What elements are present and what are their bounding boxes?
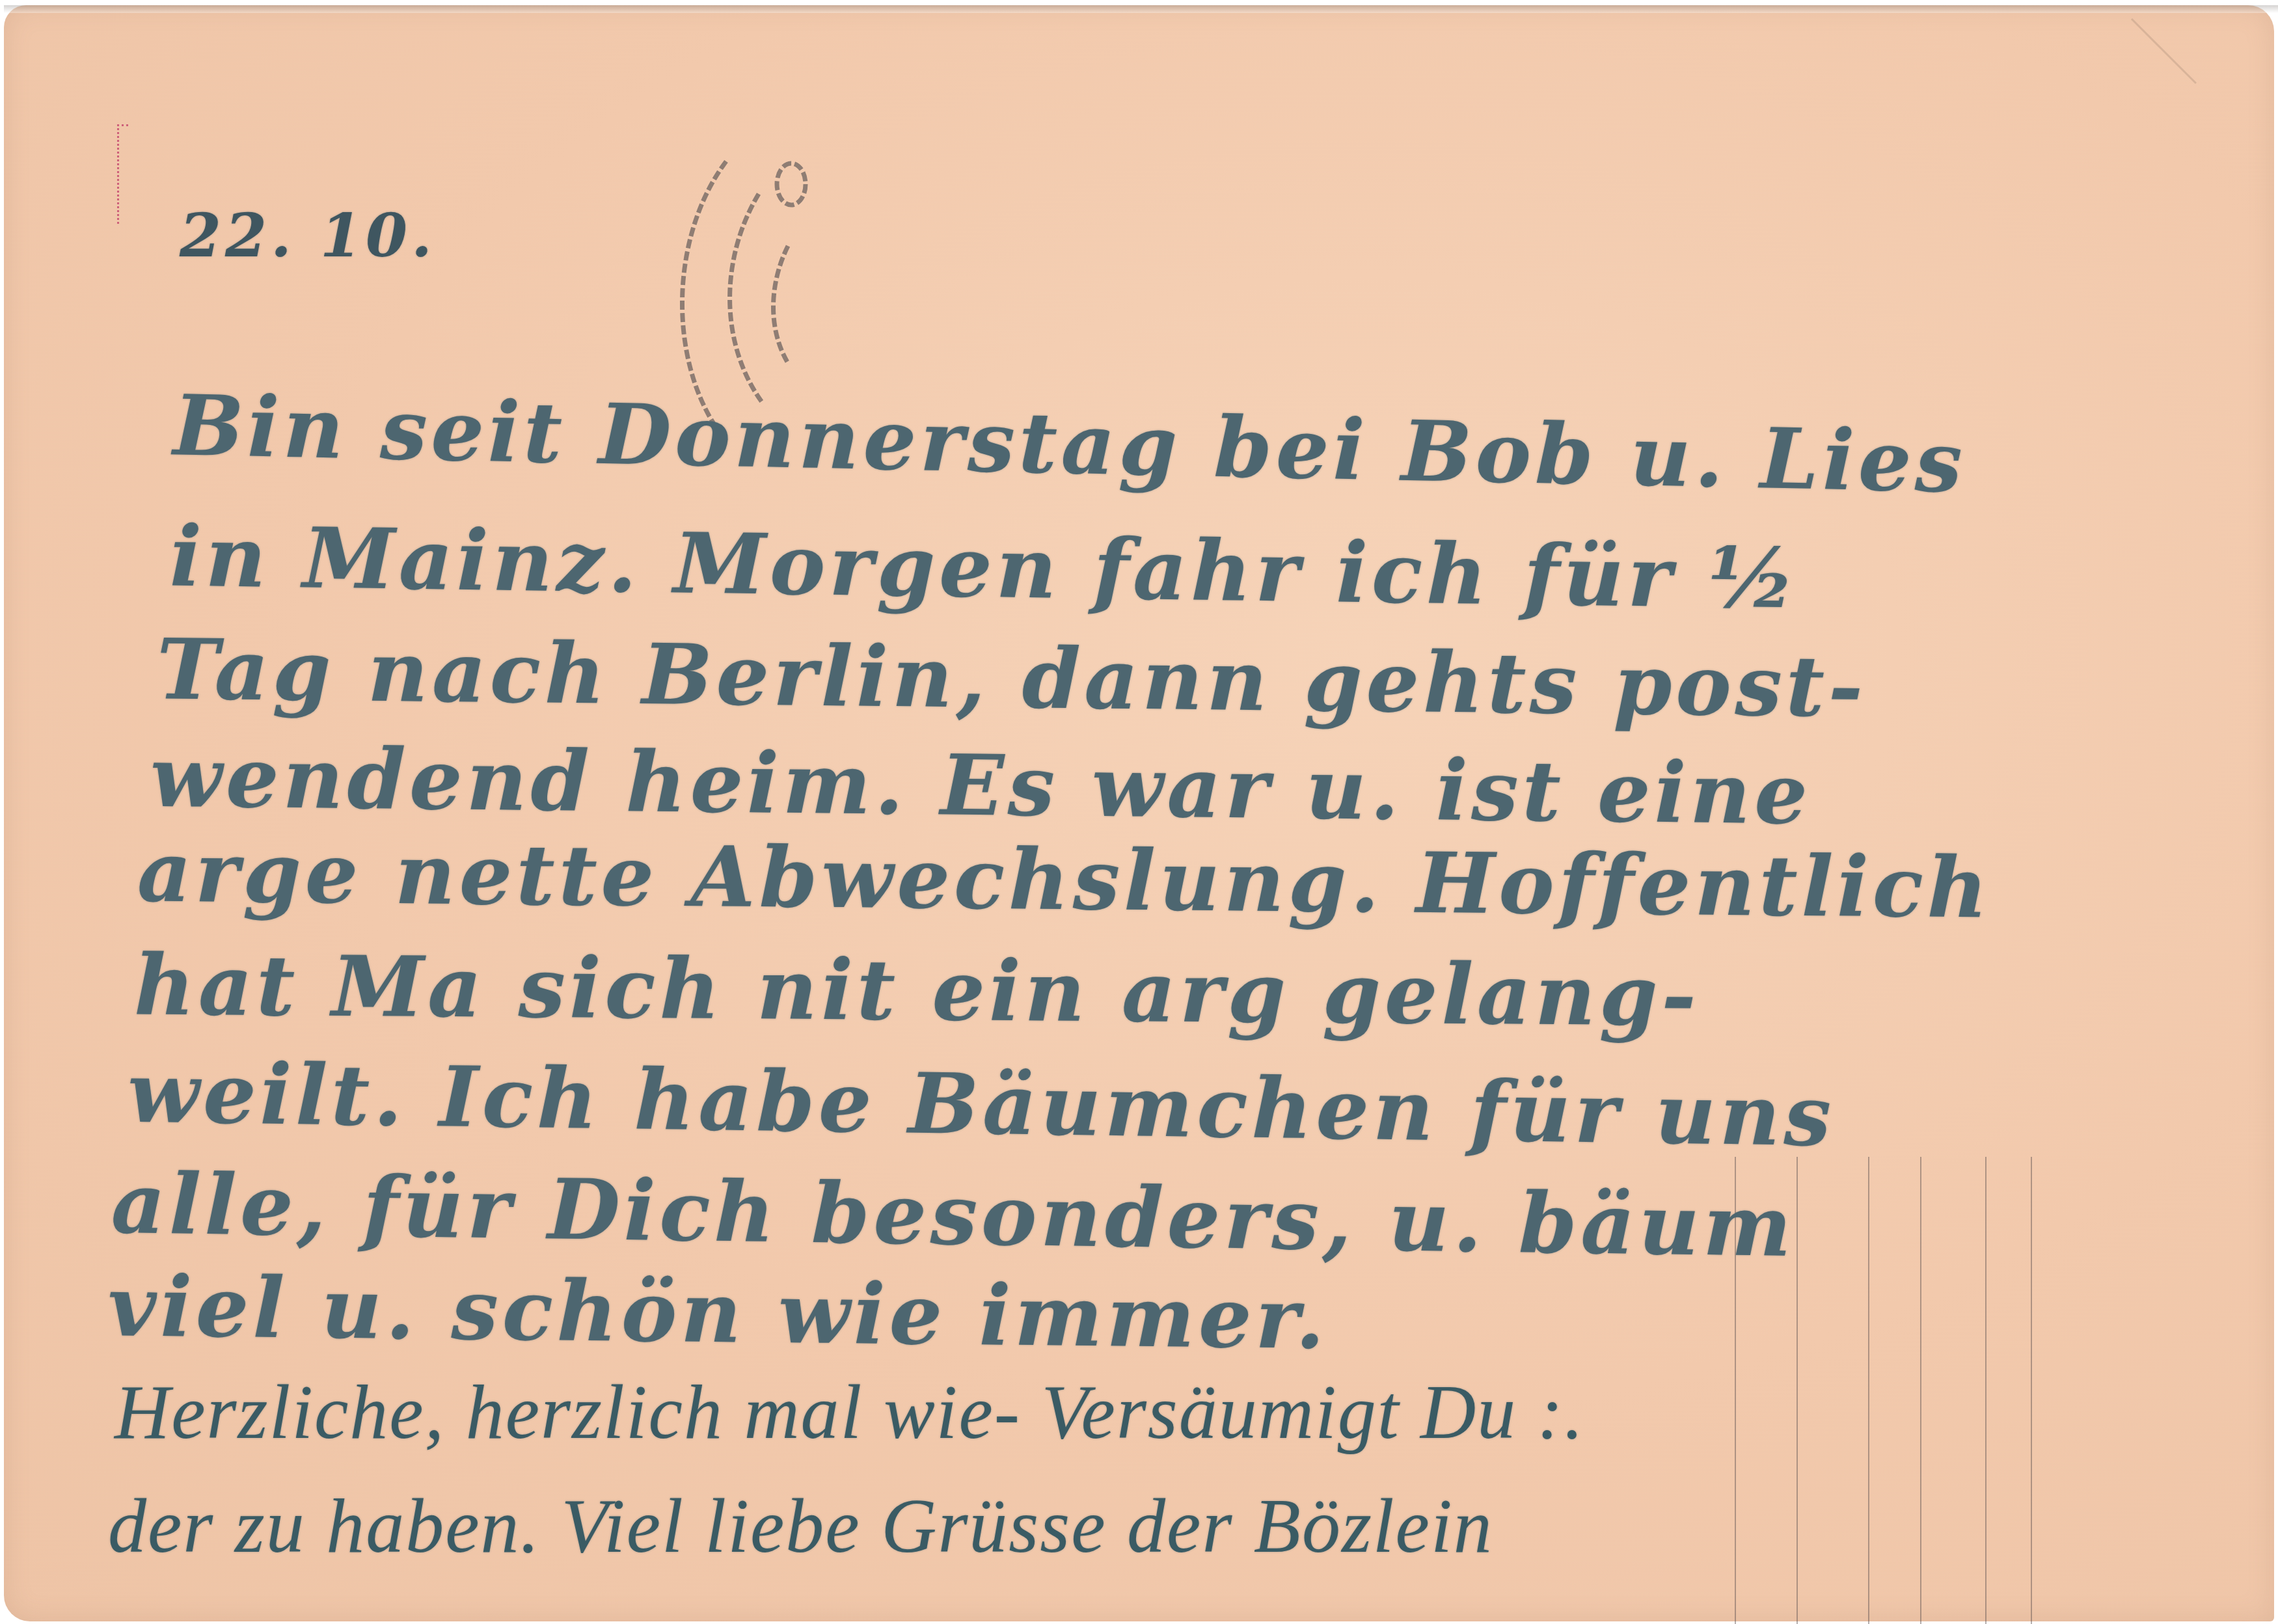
corner-crease	[2131, 0, 2261, 84]
body-line-9: viel u. schön wie immer.	[107, 1258, 1329, 1368]
body-line-2: in Mainz. Morgen fahr ich für ½	[169, 508, 1800, 629]
red-margin-mark	[117, 124, 128, 224]
body-line-6: hat Ma sich nit ein arg gelang-	[134, 937, 1701, 1046]
body-line-5: arge nette Abwechslung. Hoffentlich	[137, 824, 1992, 938]
postscript-line-1: Herzliche, herzlich mal wie- Versäumigt …	[115, 1368, 1585, 1457]
date: 22. 10.	[180, 200, 436, 271]
body-line-7: weilt. Ich habe Bäumchen für uns	[127, 1044, 1836, 1166]
body-line-8: alle, für Dich besonders, u. bäum	[111, 1155, 1796, 1276]
body-line-1: Bin seit Donnerstag bei Bob u. Lies	[172, 377, 1967, 512]
body-line-3: Tag nach Berlin, dann gehts post-	[156, 621, 1867, 737]
scan-edge-shadow	[4, 5, 2278, 13]
postscript-line-2: der zu haben. Viel liebe Grüsse der Bözl…	[108, 1482, 1493, 1571]
postcard: 22. 10. Bin seit Donnerstag bei Bob u. L…	[4, 5, 2274, 1621]
